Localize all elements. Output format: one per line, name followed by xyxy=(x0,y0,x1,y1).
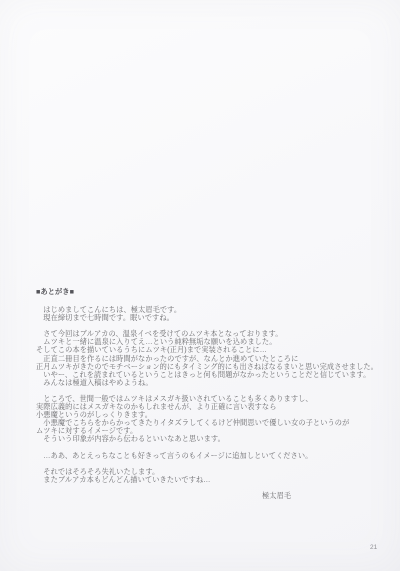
scanned-afterword-page: ■あとがき■ はじめましてこんにちは、極太眉毛です。 現在締切まで七時間です。眠… xyxy=(0,0,400,571)
paragraph-book-background: さて今回はブルアカの、温泉イベを受けてのムツキ本となっております。 ムツキと一緒… xyxy=(36,330,382,387)
paragraph-intro: はじめましてこんにちは、極太眉毛です。 現在締切まで七時間です。眠いですね。 xyxy=(36,306,382,322)
paragraph-aside: …ああ、あとえっちなことも好きって言うのもイメージに追加しといてください。 xyxy=(36,452,382,460)
text-line: 現在締切まで七時間です。眠いですね。 xyxy=(36,314,382,322)
author-signature: 極太眉毛 xyxy=(36,492,382,500)
text-line: またブルアカ本もどんどん描いていきたいですね… xyxy=(36,476,382,484)
text-line: みんなは極道入稿はやめようね。 xyxy=(36,379,382,387)
paragraph-character-impression: ところで、世間一般ではムツキはメスガキ扱いされていることも多くありますし、 実際… xyxy=(36,395,382,444)
afterword-text-block: ■あとがき■ はじめましてこんにちは、極太眉毛です。 現在締切まで七時間です。眠… xyxy=(36,288,382,500)
page-number: 21 xyxy=(370,544,377,551)
text-line: そういう印象が内容から伝わるといいなあと思います。 xyxy=(36,435,382,443)
afterword-heading: ■あとがき■ xyxy=(36,288,382,296)
text-line: …ああ、あとえっちなことも好きって言うのもイメージに追加しといてください。 xyxy=(36,452,382,460)
paragraph-closing: それではそろそろ失礼いたします。 またブルアカ本もどんどん描いていきたいですね… xyxy=(36,468,382,484)
